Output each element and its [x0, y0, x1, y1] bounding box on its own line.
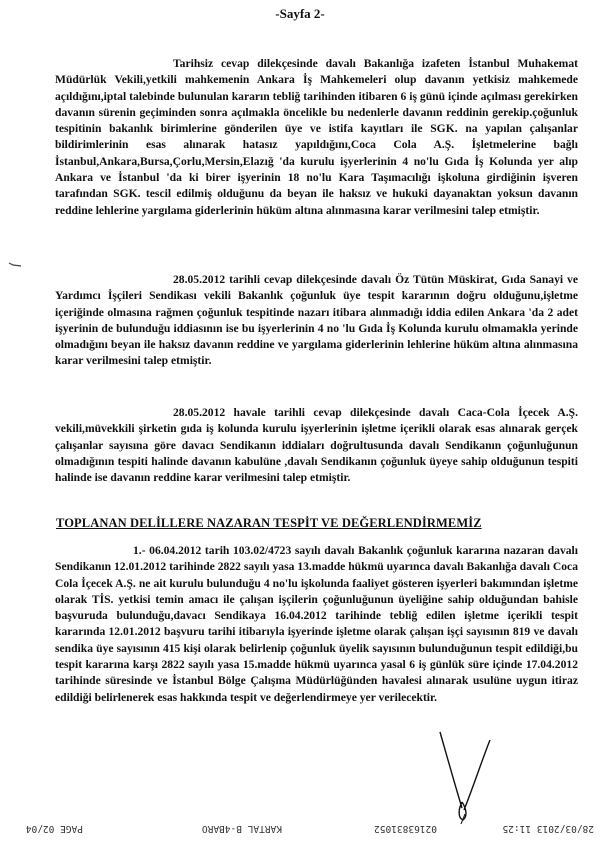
- paragraph-union-response: 28.05.2012 tarihli cevap dilekçesinde da…: [55, 272, 578, 370]
- fax-phone-number: 02163831052: [374, 823, 437, 834]
- fax-sender: KARTAL B-4BARO: [202, 823, 282, 834]
- fax-header-line: PAGE 02/04 KARTAL B-4BARO 02163831052 28…: [0, 818, 600, 834]
- page-header: -Sayfa 2-: [0, 6, 600, 22]
- paragraph-ministry-response: Tarihsiz cevap dilekçesinde davalı Bakan…: [55, 56, 578, 219]
- paragraph-text: 1.- 06.04.2012 tarih 103.02/4723 sayılı …: [55, 544, 578, 704]
- signature-icon: [430, 730, 510, 825]
- margin-mark: [8, 255, 22, 273]
- fax-datetime: 28/03/2013 11:25: [502, 823, 594, 834]
- signature: [430, 730, 510, 830]
- fax-page-number: PAGE 02/04: [26, 823, 83, 834]
- paragraph-text: Tarihsiz cevap dilekçesinde davalı Bakan…: [55, 57, 578, 217]
- paragraph-text: 28.05.2012 havale tarihli cevap dilekçes…: [55, 406, 578, 484]
- paragraph-company-response: 28.05.2012 havale tarihli cevap dilekçes…: [55, 405, 578, 486]
- section-heading: TOPLANAN DELİLLERE NAZARAN TESPİT VE DEĞ…: [56, 516, 482, 531]
- pen-mark-icon: [8, 262, 22, 268]
- paragraph-evaluation: 1.- 06.04.2012 tarih 103.02/4723 sayılı …: [55, 543, 578, 706]
- paragraph-text: 28.05.2012 tarihli cevap dilekçesinde da…: [55, 273, 578, 367]
